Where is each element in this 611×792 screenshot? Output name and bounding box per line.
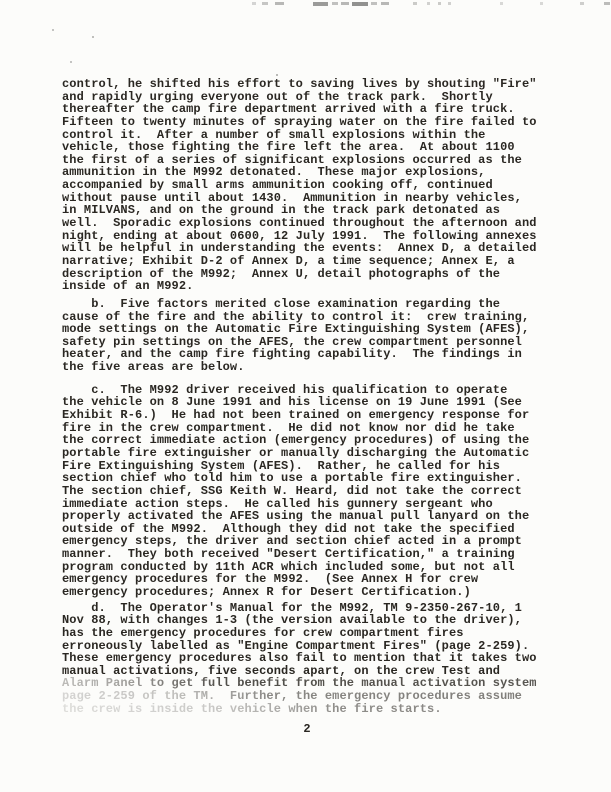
text-line: accompanied by small arms ammunition coo… — [62, 179, 562, 192]
scan-artifact — [381, 2, 389, 5]
scan-speck — [92, 36, 94, 38]
text-line: the five areas are below. — [62, 361, 562, 374]
para-d: d. The Operator's Manual for the M992, T… — [62, 602, 562, 716]
scan-artifact — [352, 2, 368, 6]
scan-artifact — [438, 2, 441, 5]
scan-artifact — [500, 2, 503, 5]
text-line: b. Five factors merited close examinatio… — [62, 298, 562, 311]
text-line: has the emergency procedures for crew co… — [62, 627, 562, 640]
text-line: inside of an M992. — [62, 280, 562, 293]
text-line: mode settings on the Automatic Fire Exti… — [62, 323, 562, 336]
para-c: c. The M992 driver received his qualific… — [62, 384, 562, 599]
scan-speck — [276, 74, 278, 76]
scan-artifact — [580, 2, 584, 5]
scan-artifact — [341, 2, 349, 5]
scan-speck — [70, 61, 72, 63]
scan-artifact — [540, 2, 543, 5]
scan-artifact — [313, 2, 328, 6]
text-line: Alarm Panel to get full benefit from the… — [62, 677, 562, 690]
text-line: vehicle, those fighting the fire left th… — [62, 141, 562, 154]
text-line: The section chief, SSG Keith W. Heard, d… — [62, 485, 562, 498]
text-line: Nov 88, with changes 1-3 (the version av… — [62, 614, 562, 627]
para-continuation: control, he shifted his effort to saving… — [62, 78, 562, 293]
scanned-document-page: control, he shifted his effort to saving… — [0, 0, 611, 792]
text-line: properly activated the AFES using the ma… — [62, 510, 562, 523]
scan-artifact — [332, 2, 338, 5]
text-line: control, he shifted his effort to saving… — [62, 78, 562, 91]
scan-artifact — [252, 2, 256, 5]
text-line: manual activations, five seconds apart, … — [62, 665, 562, 678]
text-line: These emergency procedures also fail to … — [62, 652, 562, 665]
scan-artifact — [371, 2, 377, 5]
text-line: page 2-259 of the TM. Further, the emerg… — [62, 690, 562, 703]
scan-artifact — [448, 2, 451, 5]
scan-artifact — [262, 2, 268, 5]
text-line: well. Sporadic explosions continued thro… — [62, 217, 562, 230]
scan-artifact — [413, 2, 417, 5]
text-line: emergency procedures; Annex R for Desert… — [62, 586, 562, 599]
para-b: b. Five factors merited close examinatio… — [62, 298, 562, 374]
text-line: Exhibit R-6.) He had not been trained on… — [62, 409, 562, 422]
scan-artifact — [427, 2, 430, 5]
text-line: the crew is inside the vehicle when the … — [62, 703, 562, 716]
text-line: portable fire extinguisher or manually d… — [62, 447, 562, 460]
text-line: narrative; Exhibit D-2 of Annex D, a tim… — [62, 255, 562, 268]
document-body: control, he shifted his effort to saving… — [62, 78, 562, 715]
scan-artifact — [604, 2, 610, 5]
scan-speck — [52, 29, 54, 31]
text-line: manner. They both received "Desert Certi… — [62, 548, 562, 561]
page-number: 2 — [62, 722, 552, 736]
scan-artifact — [275, 2, 284, 5]
text-line: Fifteen to twenty minutes of spraying wa… — [62, 116, 562, 129]
text-line: section chief who told him to use a port… — [62, 472, 562, 485]
